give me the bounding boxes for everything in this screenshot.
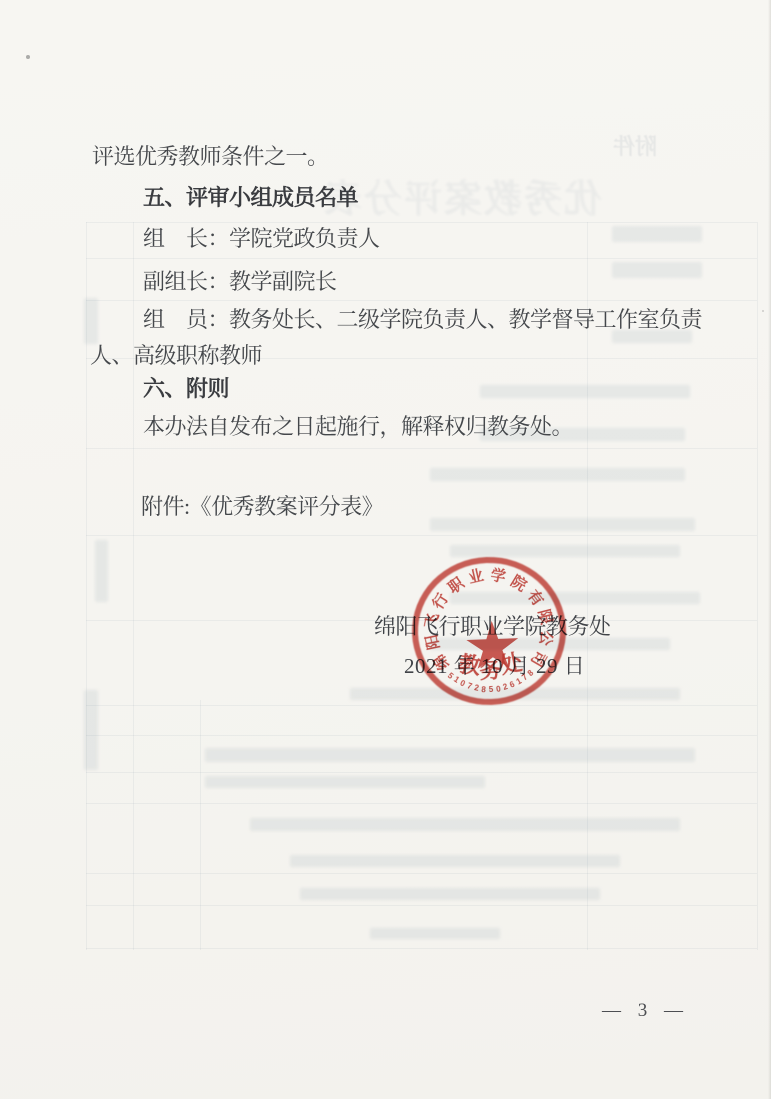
document-page: 附件 优秀教案评分表	[0, 0, 771, 1099]
scan-speck	[762, 310, 764, 312]
bleedthrough-attachment-title: 优秀教案评分表	[352, 168, 602, 218]
official-seal: 绵阳飞行职业学院有限公司 教务处 5107285026178	[409, 554, 568, 707]
section-heading-5: 五、评审小组成员名单	[143, 181, 358, 212]
paragraph-line: 组 员：教务处长、二级学院负责人、教学督导工作室负责	[143, 303, 702, 334]
page-number: — 3 —	[602, 1000, 684, 1022]
paragraph-line: 人、高级职称教师	[90, 339, 262, 370]
paragraph-line: 副组长：教学副院长	[143, 265, 337, 296]
paragraph-line: 组 长：学院党政负责人	[143, 222, 380, 253]
paragraph-line: 评选优秀教师条件之一。	[92, 140, 329, 171]
paragraph-line: 本办法自发布之日起施行，解释权归教务处。	[143, 410, 573, 441]
section-heading-6: 六、附则	[143, 372, 229, 403]
attachment-reference-line: 附件:《优秀教案评分表》	[141, 490, 383, 521]
bleedthrough-corner-label: 附件	[613, 130, 657, 161]
scan-speck	[26, 55, 30, 59]
